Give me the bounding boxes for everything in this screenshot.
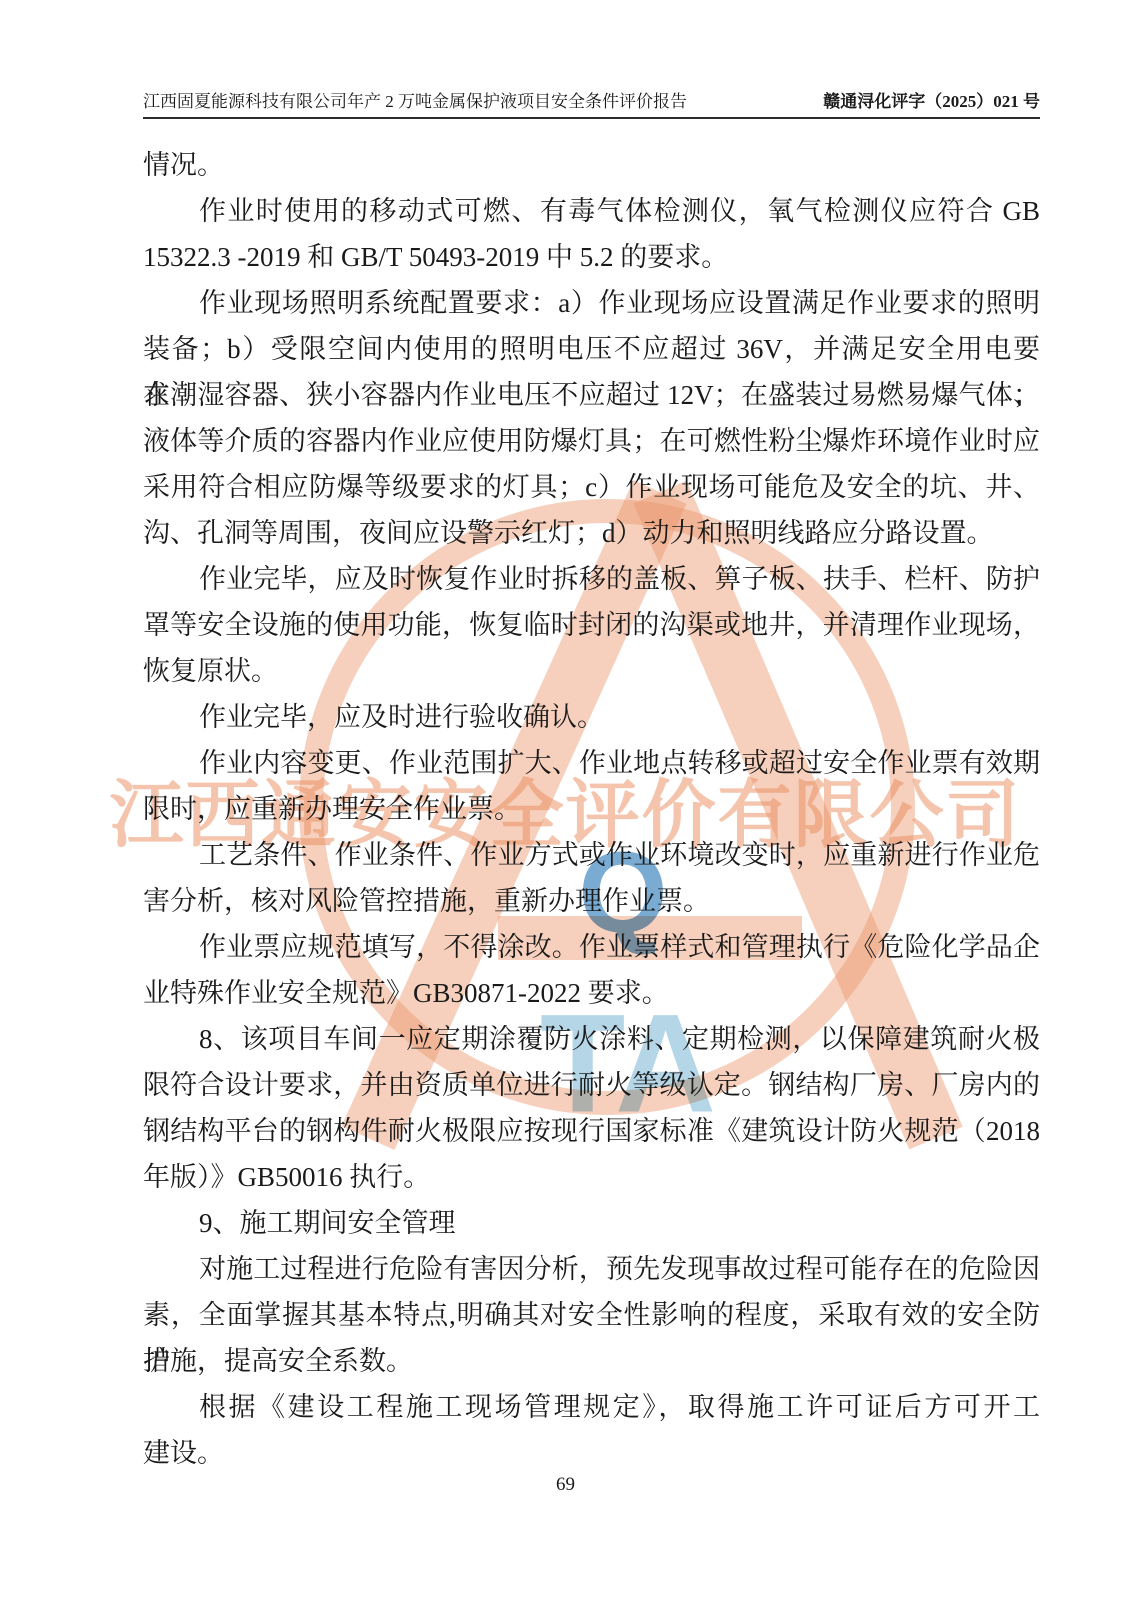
body-line: 15322.3 -2019 和 GB/T 50493-2019 中 5.2 的要… bbox=[143, 234, 1040, 280]
body-line: 素，全面掌握其基本特点,明确其对安全性影响的程度，采取有效的安全防护 bbox=[143, 1292, 1040, 1338]
body-line: 液体等介质的容器内作业应使用防爆灯具；在可燃性粉尘爆炸环境作业时应 bbox=[143, 418, 1040, 464]
body-line: 对施工过程进行危险有害因分析，预先发现事故过程可能存在的危险因 bbox=[143, 1246, 1040, 1292]
body-line: 罩等安全设施的使用功能，恢复临时封闭的沟渠或地井，并清理作业现场， bbox=[143, 602, 1040, 648]
page-number: 69 bbox=[0, 1474, 1131, 1496]
body-line: 情况。 bbox=[143, 142, 1040, 188]
body-line: 作业内容变更、作业范围扩大、作业地点转移或超过安全作业票有效期 bbox=[143, 740, 1040, 786]
body-line: 害分析，核对风险管控措施，重新办理作业票。 bbox=[143, 878, 1040, 924]
body-line: 在潮湿容器、狭小容器内作业电压不应超过 12V；在盛装过易燃易爆气体、 bbox=[143, 372, 1040, 418]
body-line: 限时，应重新办理安全作业票。 bbox=[143, 786, 1040, 832]
body-line: 作业完毕，应及时进行验收确认。 bbox=[143, 694, 1040, 740]
body-line: 作业现场照明系统配置要求：a）作业现场应设置满足作业要求的照明 bbox=[143, 280, 1040, 326]
body-line: 年版）》GB50016 执行。 bbox=[143, 1154, 1040, 1200]
body-line: 根据《建设工程施工现场管理规定》，取得施工许可证后方可开工 bbox=[143, 1384, 1040, 1430]
body-line: 限符合设计要求，并由资质单位进行耐火等级认定。钢结构厂房、厂房内的 bbox=[143, 1062, 1040, 1108]
body-line: 9、施工期间安全管理 bbox=[143, 1200, 1040, 1246]
header-report-title: 江西固夏能源科技有限公司年产 2 万吨金属保护液项目安全条件评价报告 bbox=[143, 90, 687, 114]
body-line: 8、该项目车间一应定期涂覆防火涂料、定期检测，以保障建筑耐火极 bbox=[143, 1016, 1040, 1062]
body-line: 装备；b）受限空间内使用的照明电压不应超过 36V，并满足安全用电要求； bbox=[143, 326, 1040, 372]
report-page: Q TA 江西通安安全评价有限公司 江西固夏能源科技有限公司年产 2 万吨金属保… bbox=[0, 0, 1131, 1600]
body-line: 沟、孔洞等周围，夜间应设警示红灯；d）动力和照明线路应分路设置。 bbox=[143, 510, 1040, 556]
body-line: 作业票应规范填写，不得涂改。作业票样式和管理执行《危险化学品企 bbox=[143, 924, 1040, 970]
header-document-number: 赣通浔化评字（2025）021 号 bbox=[823, 90, 1040, 114]
body-line: 作业时使用的移动式可燃、有毒气体检测仪，氧气检测仪应符合 GB bbox=[143, 188, 1040, 234]
body-line: 建设。 bbox=[143, 1430, 1040, 1476]
body-line: 恢复原状。 bbox=[143, 648, 1040, 694]
body-line: 作业完毕，应及时恢复作业时拆移的盖板、箅子板、扶手、栏杆、防护 bbox=[143, 556, 1040, 602]
body-text: 情况。 作业时使用的移动式可燃、有毒气体检测仪，氧气检测仪应符合 GB 1532… bbox=[143, 142, 1040, 1476]
body-line: 采用符合相应防爆等级要求的灯具；c）作业现场可能危及安全的坑、井、 bbox=[143, 464, 1040, 510]
body-line: 措施，提高安全系数。 bbox=[143, 1338, 1040, 1384]
body-line: 钢结构平台的钢构件耐火极限应按现行国家标准《建筑设计防火规范（2018 bbox=[143, 1108, 1040, 1154]
body-line: 业特殊作业安全规范》GB30871-2022 要求。 bbox=[143, 970, 1040, 1016]
page-content: 江西固夏能源科技有限公司年产 2 万吨金属保护液项目安全条件评价报告 赣通浔化评… bbox=[0, 0, 1131, 1600]
body-line: 工艺条件、作业条件、作业方式或作业环境改变时，应重新进行作业危 bbox=[143, 832, 1040, 878]
page-header: 江西固夏能源科技有限公司年产 2 万吨金属保护液项目安全条件评价报告 赣通浔化评… bbox=[143, 90, 1040, 119]
